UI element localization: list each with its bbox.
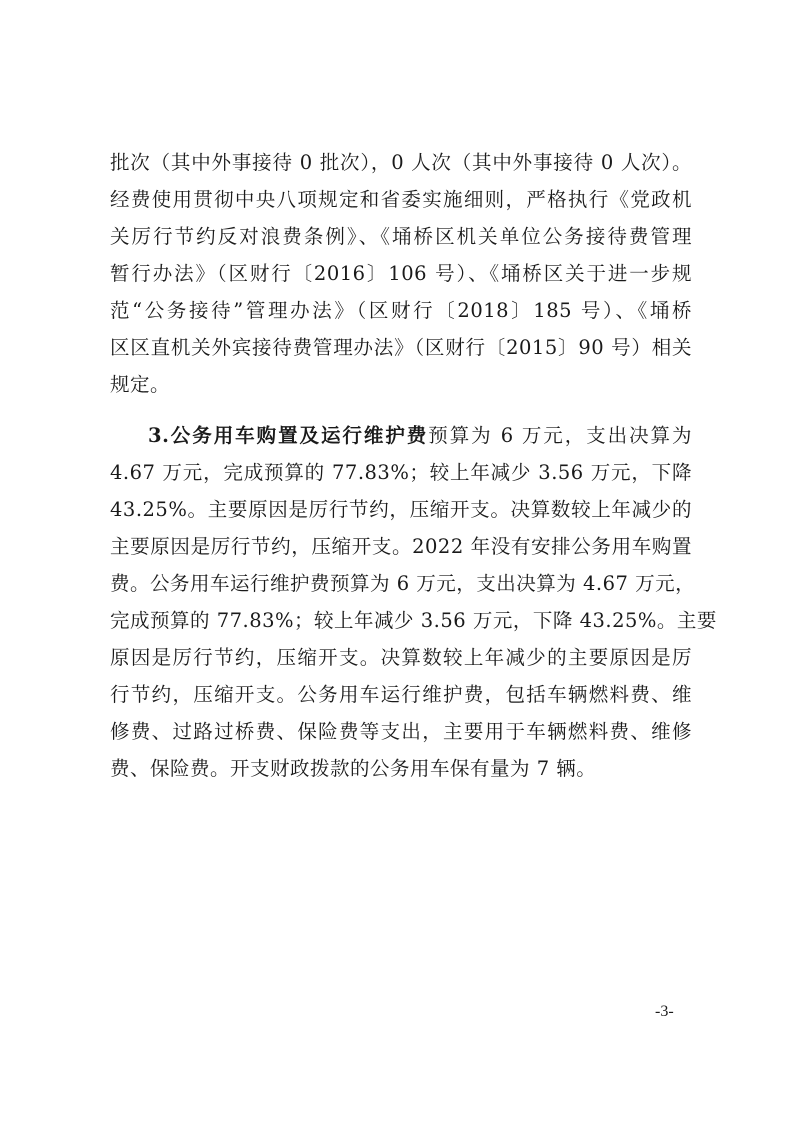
- document-page: 批次（其中外事接待 0 批次），0 人次（其中外事接待 0 人次）。 经费使用贯…: [0, 0, 793, 1122]
- text-line: 修费、过路过桥费、保险费等支出，主要用于车辆燃料费、维修: [110, 717, 692, 747]
- text-line: 批次（其中外事接待 0 批次），0 人次（其中外事接待 0 人次）。: [110, 148, 692, 178]
- text-line: 43.25%。主要原因是厉行节约，压缩开支。决算数较上年减少的: [110, 495, 692, 525]
- text-line: 关厉行节约反对浪费条例》、《埇桥区机关单位公务接待费管理: [110, 222, 692, 252]
- page-number: -3-: [655, 1000, 674, 1024]
- text-span: 预算为 6 万元，支出决算为: [428, 424, 692, 447]
- text-line: 4.67 万元，完成预算的 77.83%；较上年减少 3.56 万元，下降: [110, 458, 692, 488]
- text-line: 区区直机关外宾接待费管理办法》（区财行〔2015〕90 号）相关: [110, 333, 692, 363]
- text-line-first: 3.公务用车购置及运行维护费预算为 6 万元，支出决算为: [148, 421, 692, 451]
- text-line: 行节约，压缩开支。公务用车运行维护费，包括车辆燃料费、维: [110, 680, 692, 710]
- text-line: 费。公务用车运行维护费预算为 6 万元，支出决算为 4.67 万元，: [110, 569, 692, 599]
- text-line: 范“公务接待”管理办法》（区财行〔2018〕185 号）、《埇桥: [110, 296, 692, 326]
- text-line: 完成预算的 77.83%；较上年减少 3.56 万元，下降 43.25%。主要: [110, 606, 692, 636]
- text-line: 经费使用贯彻中央八项规定和省委实施细则，严格执行《党政机: [110, 185, 692, 215]
- text-line: 暂行办法》（区财行〔2016〕106 号）、《埇桥区关于进一步规: [110, 259, 692, 289]
- text-line: 规定。: [110, 370, 692, 400]
- text-line: 费、保险费。开支财政拨款的公务用车保有量为 7 辆。: [110, 754, 692, 784]
- text-line: 原因是厉行节约，压缩开支。决算数较上年减少的主要原因是厉: [110, 643, 692, 673]
- section-heading: 3.公务用车购置及运行维护费: [148, 424, 428, 447]
- text-line: 主要原因是厉行节约，压缩开支。2022 年没有安排公务用车购置: [110, 532, 692, 562]
